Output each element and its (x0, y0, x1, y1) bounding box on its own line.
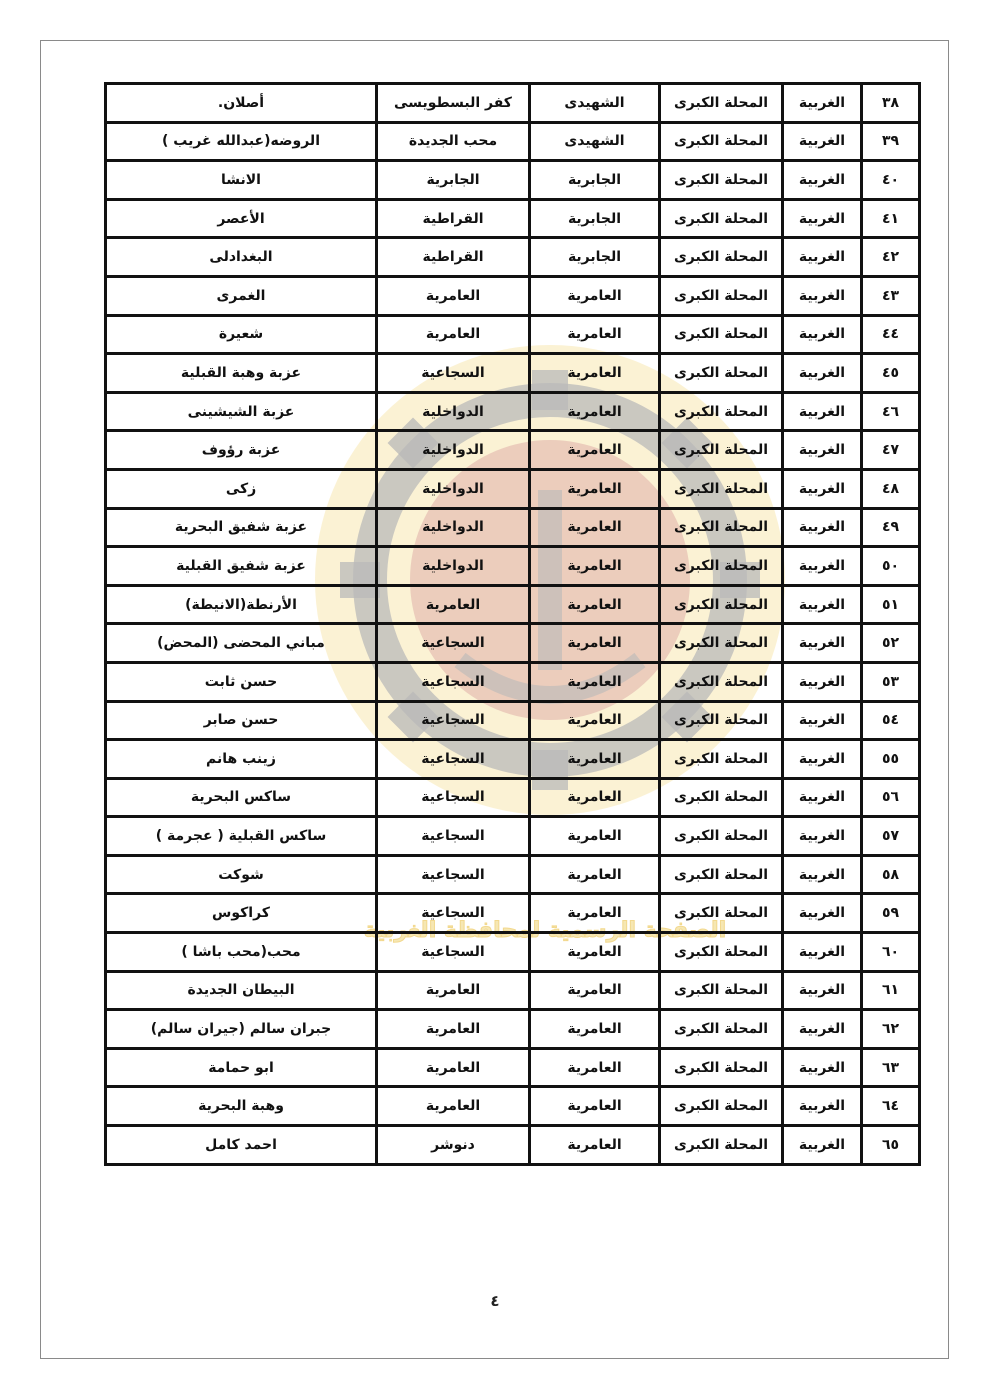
hamlet-cell: الروضه(عبدالله غريب ) (106, 122, 377, 161)
table-row: ٥١الغربيةالمحلة الكبرىالعامريةالعامريةال… (106, 585, 920, 624)
hamlet-cell: عزبة الشيشينى (106, 392, 377, 431)
table-row: ٥٨الغربيةالمحلة الكبرىالعامريةالسجاعيةشو… (106, 855, 920, 894)
center-cell: المحلة الكبرى (660, 84, 783, 123)
local-unit-cell: العامرية (530, 740, 660, 779)
hamlet-cell: زينب هانم (106, 740, 377, 779)
table-row: ٥٤الغربيةالمحلة الكبرىالعامريةالسجاعيةحس… (106, 701, 920, 740)
hamlet-cell: عزبة رؤوف (106, 431, 377, 470)
table-row: ٣٩الغربيةالمحلة الكبرىالشهيدىمحب الجديدة… (106, 122, 920, 161)
center-cell: المحلة الكبرى (660, 392, 783, 431)
center-cell: المحلة الكبرى (660, 161, 783, 200)
village-cell: كفر البسطويسى (377, 84, 530, 123)
local-unit-cell: العامرية (530, 315, 660, 354)
local-unit-cell: العامرية (530, 894, 660, 933)
row-number-cell: ٦٢ (862, 1010, 920, 1049)
governorate-cell: الغربية (783, 1126, 862, 1165)
center-cell: المحلة الكبرى (660, 933, 783, 972)
villages-table: ٣٨الغربيةالمحلة الكبرىالشهيدىكفر البسطوي… (104, 82, 921, 1166)
row-number-cell: ٥٥ (862, 740, 920, 779)
row-number-cell: ٤١ (862, 199, 920, 238)
governorate-cell: الغربية (783, 354, 862, 393)
row-number-cell: ٦٣ (862, 1048, 920, 1087)
row-number-cell: ٥٣ (862, 662, 920, 701)
center-cell: المحلة الكبرى (660, 662, 783, 701)
village-cell: الدواخلية (377, 431, 530, 470)
hamlet-cell: زكى (106, 469, 377, 508)
village-cell: الجابرية (377, 161, 530, 200)
hamlet-cell: عزبة وهبة القبلية (106, 354, 377, 393)
local-unit-cell: العامرية (530, 1048, 660, 1087)
center-cell: المحلة الكبرى (660, 894, 783, 933)
center-cell: المحلة الكبرى (660, 122, 783, 161)
table-row: ٤١الغربيةالمحلة الكبرىالجابريةالقراطيةال… (106, 199, 920, 238)
row-number-cell: ٤٠ (862, 161, 920, 200)
governorate-cell: الغربية (783, 894, 862, 933)
row-number-cell: ٤٥ (862, 354, 920, 393)
hamlet-cell: عزبة شفيق القبلية (106, 547, 377, 586)
table-row: ٤٣الغربيةالمحلة الكبرىالعامريةالعامريةال… (106, 276, 920, 315)
local-unit-cell: العامرية (530, 1087, 660, 1126)
row-number-cell: ٥٧ (862, 817, 920, 856)
village-cell: السجاعية (377, 624, 530, 663)
governorate-cell: الغربية (783, 585, 862, 624)
village-cell: السجاعية (377, 354, 530, 393)
local-unit-cell: العامرية (530, 1126, 660, 1165)
governorate-cell: الغربية (783, 276, 862, 315)
table-row: ٣٨الغربيةالمحلة الكبرىالشهيدىكفر البسطوي… (106, 84, 920, 123)
governorate-cell: الغربية (783, 238, 862, 277)
governorate-cell: الغربية (783, 469, 862, 508)
local-unit-cell: العامرية (530, 701, 660, 740)
governorate-cell: الغربية (783, 971, 862, 1010)
table-row: ٤٧الغربيةالمحلة الكبرىالعامريةالدواخليةع… (106, 431, 920, 470)
row-number-cell: ٤٣ (862, 276, 920, 315)
governorate-cell: الغربية (783, 315, 862, 354)
hamlet-cell: محب(محب باشا ) (106, 933, 377, 972)
center-cell: المحلة الكبرى (660, 547, 783, 586)
row-number-cell: ٣٨ (862, 84, 920, 123)
hamlet-cell: الأرنطة(الانيطة) (106, 585, 377, 624)
village-cell: العامرية (377, 276, 530, 315)
village-cell: العامرية (377, 971, 530, 1010)
village-cell: السجاعية (377, 662, 530, 701)
table-row: ٤٦الغربيةالمحلة الكبرىالعامريةالدواخليةع… (106, 392, 920, 431)
center-cell: المحلة الكبرى (660, 508, 783, 547)
local-unit-cell: العامرية (530, 354, 660, 393)
center-cell: المحلة الكبرى (660, 1126, 783, 1165)
governorate-cell: الغربية (783, 199, 862, 238)
hamlet-cell: البغدادلى (106, 238, 377, 277)
row-number-cell: ٤٦ (862, 392, 920, 431)
row-number-cell: ٥٤ (862, 701, 920, 740)
governorate-cell: الغربية (783, 508, 862, 547)
village-cell: السجاعية (377, 855, 530, 894)
village-cell: السجاعية (377, 817, 530, 856)
center-cell: المحلة الكبرى (660, 469, 783, 508)
hamlet-cell: حسن صابر (106, 701, 377, 740)
local-unit-cell: العامرية (530, 971, 660, 1010)
row-number-cell: ٤٧ (862, 431, 920, 470)
local-unit-cell: العامرية (530, 469, 660, 508)
local-unit-cell: العامرية (530, 431, 660, 470)
table-row: ٥٠الغربيةالمحلة الكبرىالعامريةالدواخليةع… (106, 547, 920, 586)
governorate-cell: الغربية (783, 1048, 862, 1087)
table-row: ٥٦الغربيةالمحلة الكبرىالعامريةالسجاعيةسا… (106, 778, 920, 817)
row-number-cell: ٥٩ (862, 894, 920, 933)
row-number-cell: ٤٨ (862, 469, 920, 508)
hamlet-cell: مباني المحضى (المحض) (106, 624, 377, 663)
village-cell: العامرية (377, 1048, 530, 1087)
hamlet-cell: شوكت (106, 855, 377, 894)
governorate-cell: الغربية (783, 1010, 862, 1049)
governorate-cell: الغربية (783, 855, 862, 894)
village-cell: السجاعية (377, 701, 530, 740)
governorate-cell: الغربية (783, 701, 862, 740)
page-number: ٤ (0, 1292, 990, 1310)
hamlet-cell: كراكوس (106, 894, 377, 933)
center-cell: المحلة الكبرى (660, 971, 783, 1010)
center-cell: المحلة الكبرى (660, 1010, 783, 1049)
local-unit-cell: الجابرية (530, 238, 660, 277)
local-unit-cell: العامرية (530, 276, 660, 315)
local-unit-cell: العامرية (530, 547, 660, 586)
center-cell: المحلة الكبرى (660, 354, 783, 393)
row-number-cell: ٥١ (862, 585, 920, 624)
row-number-cell: ٦٠ (862, 933, 920, 972)
hamlet-cell: وهبة البحرية (106, 1087, 377, 1126)
hamlet-cell: عزبة شفيق البحرية (106, 508, 377, 547)
governorate-cell: الغربية (783, 431, 862, 470)
local-unit-cell: الجابرية (530, 161, 660, 200)
center-cell: المحلة الكبرى (660, 199, 783, 238)
governorate-cell: الغربية (783, 778, 862, 817)
hamlet-cell: حسن ثابت (106, 662, 377, 701)
hamlet-cell: شعيرة (106, 315, 377, 354)
table-row: ٦٥الغربيةالمحلة الكبرىالعامريةدنوشراحمد … (106, 1126, 920, 1165)
village-cell: الدواخلية (377, 508, 530, 547)
village-cell: القراطية (377, 199, 530, 238)
local-unit-cell: العامرية (530, 624, 660, 663)
center-cell: المحلة الكبرى (660, 624, 783, 663)
village-cell: محب الجديدة (377, 122, 530, 161)
governorate-cell: الغربية (783, 933, 862, 972)
row-number-cell: ٦٥ (862, 1126, 920, 1165)
table-row: ٥٥الغربيةالمحلة الكبرىالعامريةالسجاعيةزي… (106, 740, 920, 779)
hamlet-cell: ساكس القبلية ( عجرمة ) (106, 817, 377, 856)
governorate-cell: الغربية (783, 122, 862, 161)
hamlet-cell: الانشا (106, 161, 377, 200)
local-unit-cell: الشهيدى (530, 122, 660, 161)
table-row: ٤٨الغربيةالمحلة الكبرىالعامريةالدواخليةز… (106, 469, 920, 508)
center-cell: المحلة الكبرى (660, 238, 783, 277)
table-row: ٤٩الغربيةالمحلة الكبرىالعامريةالدواخليةع… (106, 508, 920, 547)
table-row: ٦٤الغربيةالمحلة الكبرىالعامريةالعامريةوه… (106, 1087, 920, 1126)
row-number-cell: ٥٨ (862, 855, 920, 894)
village-cell: العامرية (377, 315, 530, 354)
hamlet-cell: أصلان. (106, 84, 377, 123)
village-cell: الدواخلية (377, 469, 530, 508)
local-unit-cell: العامرية (530, 817, 660, 856)
row-number-cell: ٥٠ (862, 547, 920, 586)
table-row: ٦٠الغربيةالمحلة الكبرىالعامريةالسجاعيةمح… (106, 933, 920, 972)
village-cell: الدواخلية (377, 392, 530, 431)
village-cell: السجاعية (377, 740, 530, 779)
center-cell: المحلة الكبرى (660, 778, 783, 817)
village-cell: العامرية (377, 1010, 530, 1049)
table-row: ٦١الغربيةالمحلة الكبرىالعامريةالعامريةال… (106, 971, 920, 1010)
row-number-cell: ٣٩ (862, 122, 920, 161)
table-row: ٥٩الغربيةالمحلة الكبرىالعامريةالسجاعيةكر… (106, 894, 920, 933)
center-cell: المحلة الكبرى (660, 431, 783, 470)
row-number-cell: ٤٢ (862, 238, 920, 277)
table-row: ٤٤الغربيةالمحلة الكبرىالعامريةالعامريةشع… (106, 315, 920, 354)
governorate-cell: الغربية (783, 392, 862, 431)
local-unit-cell: الشهيدى (530, 84, 660, 123)
center-cell: المحلة الكبرى (660, 276, 783, 315)
table-row: ٤٥الغربيةالمحلة الكبرىالعامريةالسجاعيةعز… (106, 354, 920, 393)
village-cell: العامرية (377, 585, 530, 624)
table-row: ٥٧الغربيةالمحلة الكبرىالعامريةالسجاعيةسا… (106, 817, 920, 856)
governorate-cell: الغربية (783, 84, 862, 123)
village-cell: الدواخلية (377, 547, 530, 586)
village-cell: السجاعية (377, 894, 530, 933)
table-row: ٦٣الغربيةالمحلة الكبرىالعامريةالعامريةاب… (106, 1048, 920, 1087)
center-cell: المحلة الكبرى (660, 740, 783, 779)
governorate-cell: الغربية (783, 161, 862, 200)
hamlet-cell: الأعصر (106, 199, 377, 238)
row-number-cell: ٤٤ (862, 315, 920, 354)
governorate-cell: الغربية (783, 817, 862, 856)
table-row: ٥٣الغربيةالمحلة الكبرىالعامريةالسجاعيةحس… (106, 662, 920, 701)
local-unit-cell: العامرية (530, 585, 660, 624)
center-cell: المحلة الكبرى (660, 585, 783, 624)
table-row: ٤٠الغربيةالمحلة الكبرىالجابريةالجابريةال… (106, 161, 920, 200)
hamlet-cell: ساكس البحرية (106, 778, 377, 817)
hamlet-cell: جبران سالم (جيران سالم) (106, 1010, 377, 1049)
governorate-cell: الغربية (783, 1087, 862, 1126)
village-cell: العامرية (377, 1087, 530, 1126)
hamlet-cell: احمد كامل (106, 1126, 377, 1165)
governorate-cell: الغربية (783, 662, 862, 701)
center-cell: المحلة الكبرى (660, 701, 783, 740)
local-unit-cell: العامرية (530, 933, 660, 972)
hamlet-cell: الغمرى (106, 276, 377, 315)
village-cell: القراطية (377, 238, 530, 277)
local-unit-cell: العامرية (530, 392, 660, 431)
center-cell: المحلة الكبرى (660, 315, 783, 354)
hamlet-cell: البيطان الجديدة (106, 971, 377, 1010)
center-cell: المحلة الكبرى (660, 855, 783, 894)
center-cell: المحلة الكبرى (660, 1048, 783, 1087)
row-number-cell: ٥٦ (862, 778, 920, 817)
center-cell: المحلة الكبرى (660, 1087, 783, 1126)
local-unit-cell: العامرية (530, 778, 660, 817)
local-unit-cell: العامرية (530, 662, 660, 701)
row-number-cell: ٦١ (862, 971, 920, 1010)
local-unit-cell: العامرية (530, 1010, 660, 1049)
table-row: ٥٢الغربيةالمحلة الكبرىالعامريةالسجاعيةمب… (106, 624, 920, 663)
table-row: ٤٢الغربيةالمحلة الكبرىالجابريةالقراطيةال… (106, 238, 920, 277)
local-unit-cell: العامرية (530, 508, 660, 547)
row-number-cell: ٤٩ (862, 508, 920, 547)
local-unit-cell: العامرية (530, 855, 660, 894)
village-cell: السجاعية (377, 778, 530, 817)
local-unit-cell: الجابرية (530, 199, 660, 238)
governorate-cell: الغربية (783, 624, 862, 663)
village-cell: دنوشر (377, 1126, 530, 1165)
village-cell: السجاعية (377, 933, 530, 972)
hamlet-cell: ابو حمامة (106, 1048, 377, 1087)
governorate-cell: الغربية (783, 547, 862, 586)
row-number-cell: ٥٢ (862, 624, 920, 663)
center-cell: المحلة الكبرى (660, 817, 783, 856)
table-row: ٦٢الغربيةالمحلة الكبرىالعامريةالعامريةجب… (106, 1010, 920, 1049)
row-number-cell: ٦٤ (862, 1087, 920, 1126)
governorate-cell: الغربية (783, 740, 862, 779)
